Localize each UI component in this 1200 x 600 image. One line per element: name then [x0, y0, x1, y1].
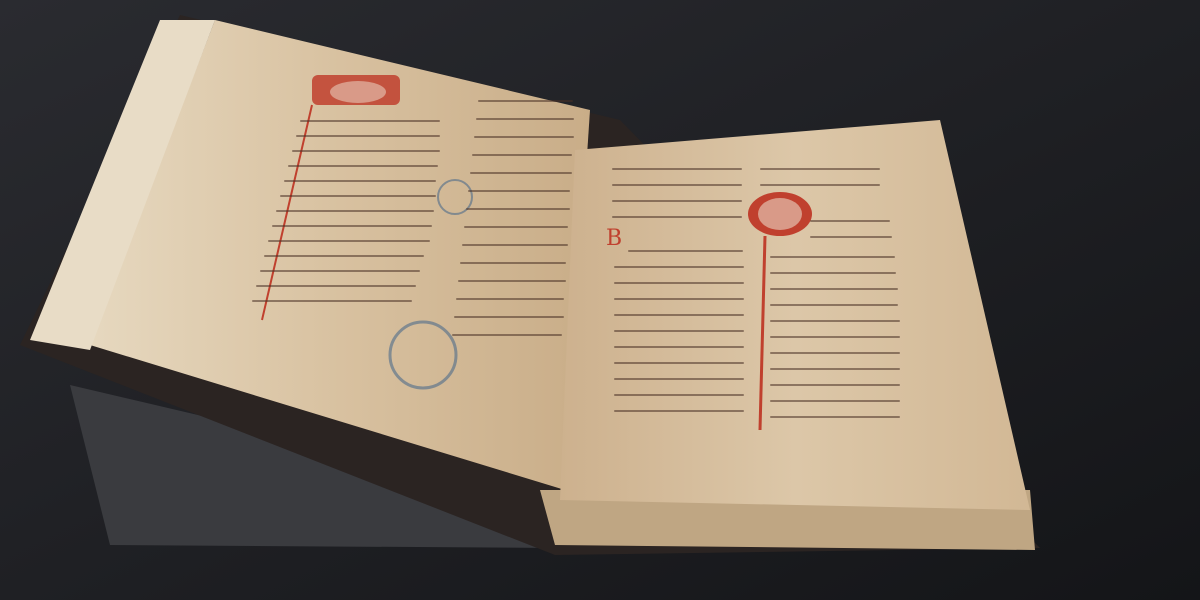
svg-text:B: B	[606, 226, 622, 251]
manuscript-photo: B	[0, 0, 1200, 600]
manuscript-scene: B	[0, 0, 1200, 600]
